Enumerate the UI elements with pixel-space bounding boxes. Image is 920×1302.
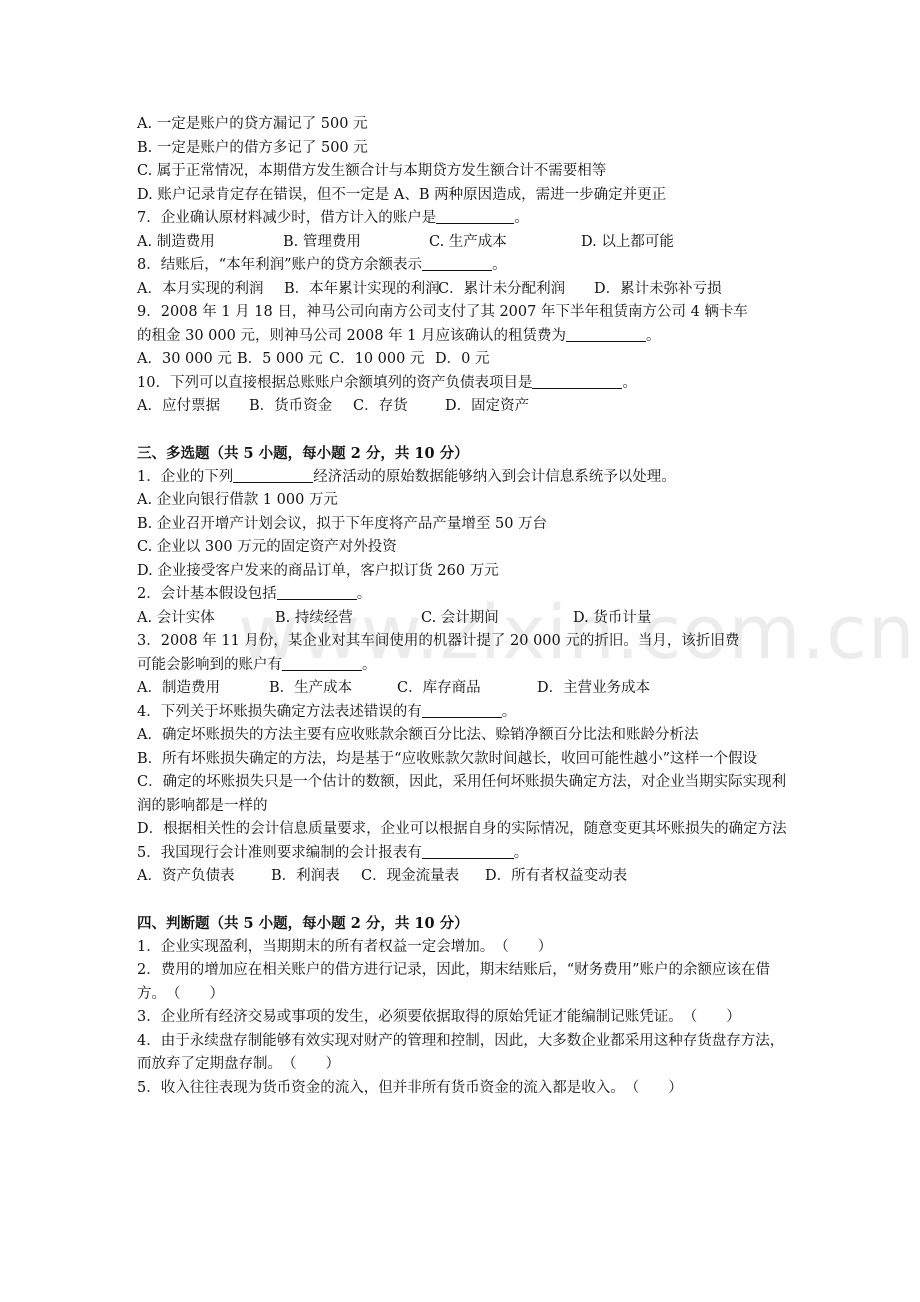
- q9-stem-end: 。: [646, 328, 661, 344]
- q8-stem-end: 。: [492, 257, 507, 273]
- tf-item-1-answer-box[interactable]: （ ）: [494, 936, 552, 960]
- mc-q5-options: A．资产负债表B．利润表C．现金流量表D．所有者权益变动表: [137, 865, 797, 889]
- tf-item-3-text: 3．企业所有经济交易或事项的发生，必须要依据取得的原始凭证才能编制记账凭证。: [137, 1009, 683, 1025]
- q8-option-d: D．累计未弥补亏损: [594, 278, 722, 302]
- q10-option-c: C．存货: [353, 395, 445, 419]
- tf-item-1-text: 1．企业实现盈利，当期期末的所有者权益一定会增加。: [137, 939, 494, 955]
- mc-q5-stem-text: 5．我国现行会计准则要求编制的会计报表有: [137, 845, 422, 861]
- mc-q1-stem-text: 1．企业的下列: [137, 469, 233, 485]
- mc-q2-stem-end: 。: [357, 586, 372, 602]
- tf-item-2-answer-box[interactable]: （ ）: [166, 983, 224, 1007]
- mc-q4-option-a: A．确定坏账损失的方法主要有应收账款余额百分比法、赊销净额百分比法和账龄分析法: [137, 724, 797, 748]
- q8-answer-blank[interactable]: [422, 255, 492, 271]
- q9-option-b: B．5 000 元: [237, 348, 329, 372]
- mc-q3-option-b: B．生产成本: [269, 677, 397, 701]
- mc-q2-options: A. 会计实体B. 持续经营C. 会计期间D. 货币计量: [137, 607, 797, 631]
- q10-stem: 10．下列可以直接根据总账账户余额填列的资产负债表项目是。: [137, 372, 797, 396]
- mc-q1-stem: 1．企业的下列经济活动的原始数据能够纳入到会计信息系统予以处理。: [137, 466, 797, 490]
- exam-page: A. 一定是账户的贷方漏记了 500 元 B. 一定是账户的借方多记了 500 …: [137, 113, 797, 1100]
- mc-q3-option-c: C．库存商品: [397, 677, 537, 701]
- mc-q4-stem-text: 4．下列关于坏账损失确定方法表述错误的有: [137, 704, 422, 720]
- mc-q1-stem-end: 经济活动的原始数据能够纳入到会计信息系统予以处理。: [313, 469, 676, 485]
- mc-q2-answer-blank[interactable]: [277, 584, 357, 600]
- q10-options: A．应付票据B．货币资金C．存货D．固定资产: [137, 395, 797, 419]
- q9-options: A．30 000 元B．5 000 元C．10 000 元D．0 元: [137, 348, 797, 372]
- q10-option-b: B．货币资金: [249, 395, 353, 419]
- tf-item-1: 1．企业实现盈利，当期期末的所有者权益一定会增加。（ ）: [137, 936, 797, 960]
- q7-option-c: C. 生产成本: [429, 231, 581, 255]
- q9-option-d: D．0 元: [435, 348, 489, 372]
- section-spacer: [137, 889, 797, 913]
- mc-q3-answer-blank[interactable]: [282, 655, 362, 671]
- tf-item-3: 3．企业所有经济交易或事项的发生，必须要依据取得的原始凭证才能编制记账凭证。（ …: [137, 1006, 797, 1030]
- mc-q4-option-d: D．根据相关性的会计信息质量要求，企业可以根据自身的实际情况，随意变更其坏账损失…: [137, 818, 797, 842]
- section-heading-multiple-choice: 三、多选题（共 5 小题，每小题 2 分，共 10 分）: [137, 442, 797, 466]
- mc-q5-answer-blank[interactable]: [422, 843, 514, 859]
- mc-q5-option-b: B．利润表: [271, 865, 361, 889]
- q10-stem-end: 。: [622, 375, 637, 391]
- q10-stem-text: 10．下列可以直接根据总账账户余额填列的资产负债表项目是: [137, 375, 532, 391]
- mc-q1-option-a: A. 企业向银行借款 1 000 万元: [137, 489, 797, 513]
- mc-q2-option-b: B. 持续经营: [275, 607, 421, 631]
- mc-q4-option-b: B．所有坏账损失确定的方法，均是基于“应收账款欠款时间越长，收回可能性越小”这样…: [137, 748, 797, 772]
- tf-item-4: 4．由于永续盘存制能够有效实现对财产的管理和控制，因此，大多数企业都采用这种存货…: [137, 1030, 797, 1077]
- q10-option-a: A．应付票据: [137, 395, 249, 419]
- mc-q5-option-d: D．所有者权益变动表: [485, 865, 627, 889]
- mc-q5-stem: 5．我国现行会计准则要求编制的会计报表有。: [137, 842, 797, 866]
- q10-option-d: D．固定资产: [445, 395, 529, 419]
- mc-q2-option-c: C. 会计期间: [421, 607, 573, 631]
- mc-q2-stem-text: 2．会计基本假设包括: [137, 586, 277, 602]
- section-heading-true-false: 四、判断题（共 5 小题，每小题 2 分，共 10 分）: [137, 912, 797, 936]
- tf-item-2: 2．费用的增加应在相关账户的借方进行记录，因此，期末结账后，“财务费用”账户的余…: [137, 959, 797, 1006]
- mc-q3-option-d: D．主营业务成本: [537, 677, 650, 701]
- q7-stem-end: 。: [514, 210, 529, 226]
- q8-option-a: A．本月实现的利润: [137, 278, 284, 302]
- q7-answer-blank[interactable]: [436, 208, 514, 224]
- mc-q1-answer-blank[interactable]: [233, 467, 313, 483]
- tf-item-4-answer-box[interactable]: （ ）: [282, 1053, 340, 1077]
- q7-option-d: D. 以上都可能: [581, 231, 674, 255]
- mc-q2-option-d: D. 货币计量: [573, 607, 651, 631]
- mc-q4-answer-blank[interactable]: [422, 702, 502, 718]
- q7-options: A. 制造费用B. 管理费用C. 生产成本D. 以上都可能: [137, 231, 797, 255]
- tf-item-3-answer-box[interactable]: （ ）: [683, 1006, 741, 1030]
- q8-stem: 8．结账后，“本年利润”账户的贷方余额表示。: [137, 254, 797, 278]
- mc-q5-option-a: A．资产负债表: [137, 865, 271, 889]
- q9-answer-blank[interactable]: [566, 326, 646, 342]
- q8-option-c: C．累计未分配利润: [438, 278, 594, 302]
- mc-q3-stem-end: 。: [362, 657, 377, 673]
- mc-q3-stem-line2: 可能会影响到的账户有。: [137, 654, 797, 678]
- q7-option-b: B. 管理费用: [283, 231, 429, 255]
- mc-q1-option-b: B. 企业召开增产计划会议，拟于下年度将产品产量增至 50 万台: [137, 513, 797, 537]
- q8-stem-text: 8．结账后，“本年利润”账户的贷方余额表示: [137, 257, 422, 273]
- mc-q3-stem-line1: 3．2008 年 11 月份，某企业对其车间使用的机器计提了 20 000 元的…: [137, 630, 797, 654]
- mc-q3-option-a: A．制造费用: [137, 677, 269, 701]
- mc-q4-stem-end: 。: [502, 704, 517, 720]
- q6-option-b: B. 一定是账户的借方多记了 500 元: [137, 137, 797, 161]
- mc-q1-option-c: C. 企业以 300 万元的固定资产对外投资: [137, 536, 797, 560]
- mc-q3-stem-text: 可能会影响到的账户有: [137, 657, 282, 673]
- q9-stem-text: 的租金 30 000 元，则神马公司 2008 年 1 月应该确认的租赁费为: [137, 328, 566, 344]
- mc-q4-stem: 4．下列关于坏账损失确定方法表述错误的有。: [137, 701, 797, 725]
- q8-options: A．本月实现的利润B．本年累计实现的利润C．累计未分配利润D．累计未弥补亏损: [137, 278, 797, 302]
- q8-option-b: B．本年累计实现的利润: [284, 278, 438, 302]
- mc-q2-option-a: A. 会计实体: [137, 607, 275, 631]
- section-spacer: [137, 419, 797, 443]
- tf-item-5-text: 5．收入往往表现为货币资金的流入，但并非所有货币资金的流入都是收入。: [137, 1080, 625, 1096]
- q9-option-a: A．30 000 元: [137, 348, 237, 372]
- mc-q4-option-c: C．确定的坏账损失只是一个估计的数额，因此，采用任何坏账损失确定方法，对企业当期…: [137, 771, 797, 818]
- tf-item-5-answer-box[interactable]: （ ）: [625, 1077, 683, 1101]
- mc-q2-stem: 2．会计基本假设包括。: [137, 583, 797, 607]
- tf-item-5: 5．收入往往表现为货币资金的流入，但并非所有货币资金的流入都是收入。（ ）: [137, 1077, 797, 1101]
- mc-q5-stem-end: 。: [514, 845, 529, 861]
- q9-option-c: C．10 000 元: [329, 348, 435, 372]
- tf-item-4-text: 4．由于永续盘存制能够有效实现对财产的管理和控制，因此，大多数企业都采用这种存货…: [137, 1033, 784, 1073]
- mc-q5-option-c: C．现金流量表: [361, 865, 485, 889]
- q6-option-a: A. 一定是账户的贷方漏记了 500 元: [137, 113, 797, 137]
- q7-option-a: A. 制造费用: [137, 231, 283, 255]
- q7-stem: 7．企业确认原材料减少时，借方计入的账户是。: [137, 207, 797, 231]
- mc-q1-option-d: D. 企业接受客户发来的商品订单，客户拟订货 260 万元: [137, 560, 797, 584]
- mc-q3-options: A．制造费用B．生产成本C．库存商品D．主营业务成本: [137, 677, 797, 701]
- q9-stem-line1: 9．2008 年 1 月 18 日，神马公司向南方公司支付了其 2007 年下半…: [137, 301, 797, 325]
- tf-item-2-text: 2．费用的增加应在相关账户的借方进行记录，因此，期末结账后，“财务费用”账户的余…: [137, 962, 770, 1002]
- q7-stem-text: 7．企业确认原材料减少时，借方计入的账户是: [137, 210, 436, 226]
- q6-option-c: C. 属于正常情况，本期借方发生额合计与本期贷方发生额合计不需要相等: [137, 160, 797, 184]
- q9-stem-line2: 的租金 30 000 元，则神马公司 2008 年 1 月应该确认的租赁费为。: [137, 325, 797, 349]
- q6-option-d: D. 账户记录肯定存在错误，但不一定是 A、B 两种原因造成，需进一步确定并更正: [137, 184, 797, 208]
- q10-answer-blank[interactable]: [532, 373, 622, 389]
